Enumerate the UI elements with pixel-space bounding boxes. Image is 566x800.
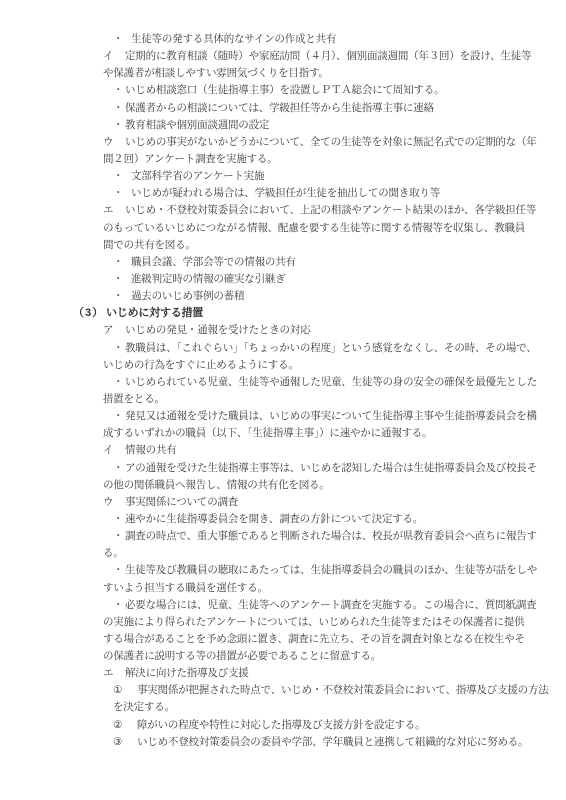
document-line: 成するいずれかの職員（以下、「生徒指導主事」）に速やかに通報する。 [0, 425, 566, 442]
line-text: いじめの行為をすぐに止めるようにする。 [103, 357, 299, 374]
item-label: ウ [103, 134, 125, 151]
line-text: いじめが疑われる場合は、学級担任が生徒を抽出しての聞き取り等 [131, 185, 440, 202]
document-line: ・職員会議、学部会等での情報の共有 [0, 254, 566, 271]
bullet-icon: ・ [113, 340, 125, 357]
document-line: ・必要な場合には、児童、生徒等へのアンケート調査を実施する。この場合に、質問紙調… [0, 597, 566, 614]
document-line: エいじめ・不登校対策委員会において、上記の相談やアンケート結果のほか、各学級担任… [0, 202, 566, 219]
document-line: ・いじめられている児童、生徒等や通報した児童、生徒等の身の安全の確保を最優先とし… [0, 374, 566, 391]
bullet-icon: ・ [113, 31, 131, 48]
item-label: ア [103, 322, 125, 339]
bullet-icon: ・ [113, 254, 131, 271]
line-text: 速やかに生徒指導委員会を開き、調査の方針について決定する。 [125, 511, 423, 528]
document-line: 間での共有を図る。 [0, 237, 566, 254]
bullet-icon: ・ [113, 562, 125, 579]
item-label: エ [103, 665, 125, 682]
line-text: 教職員は、「これぐらい」「ちょっかいの程度」という感覚をなくし、その時、その場で… [125, 340, 537, 357]
bullet-icon: ・ [113, 185, 131, 202]
document-line: ②障がいの程度や特性に対応した指導及び支援方針を設定する。 [0, 717, 566, 734]
bullet-icon: ・ [113, 100, 125, 117]
circled-number: ① [113, 682, 137, 699]
line-text: いじめ相談窓口（生徒指導主事）を設置しＰＴＡ総会にて周知する。 [125, 82, 444, 99]
document-line: ・生徒等及び教職員の聴取にあたっては、生徒指導委員会の職員のほか、生徒等が話をし… [0, 562, 566, 579]
document-line: ・いじめが疑われる場合は、学級担任が生徒を抽出しての聞き取り等 [0, 185, 566, 202]
line-text: の保護者に説明する等の措置が必要であることに留意する。 [103, 648, 381, 665]
document-line: ・進級判定時の情報の確実な引継ぎ [0, 271, 566, 288]
document-line: ・教職員は、「これぐらい」「ちょっかいの程度」という感覚をなくし、その時、その場… [0, 340, 566, 357]
document-line: イ情報の共有 [0, 442, 566, 459]
line-text: 解決に向けた指導及び支援 [125, 665, 249, 682]
bullet-icon: ・ [113, 408, 125, 425]
line-text: 教育相談や個別面談週間の設定 [125, 117, 269, 134]
document-line: ウ事実関係についての調査 [0, 494, 566, 511]
document-line: の実施により得られたアンケートについては、いじめられた生徒等またはその保護者に提… [0, 614, 566, 631]
bullet-icon: ・ [113, 271, 131, 288]
document-line: すいよう担当する職員を選任する。 [0, 580, 566, 597]
document-line: ・速やかに生徒指導委員会を開き、調査の方針について決定する。 [0, 511, 566, 528]
line-text: いじめに対する措置 [106, 305, 203, 322]
line-text: の実施により得られたアンケートについては、いじめられた生徒等またはその保護者に提… [103, 614, 524, 631]
document-line: る。 [0, 545, 566, 562]
document-line: の他の関係職員へ報告し、情報の共有化を図る。 [0, 477, 566, 494]
bullet-icon: ・ [113, 168, 131, 185]
document-line: ・教育相談や個別面談週間の設定 [0, 117, 566, 134]
line-text: 成するいずれかの職員（以下、「生徒指導主事」）に速やかに通報する。 [103, 425, 432, 442]
line-text: る。 [103, 545, 124, 562]
document-line: エ解決に向けた指導及び支援 [0, 665, 566, 682]
document-line: の保護者に説明する等の措置が必要であることに留意する。 [0, 648, 566, 665]
document-line: ・文部科学省のアンケート実施 [0, 168, 566, 185]
document-line: ・過去のいじめ事例の蓄積 [0, 288, 566, 305]
line-text: を決定する。 [113, 699, 175, 716]
line-text: 発見又は通報を受けた職員は、いじめの事実について生徒指導主事や生徒指導委員会を構 [125, 408, 537, 425]
bullet-icon: ・ [113, 117, 125, 134]
document-line: ・いじめ相談窓口（生徒指導主事）を設置しＰＴＡ総会にて周知する。 [0, 82, 566, 99]
line-text: や保護者が相談しやすい雰囲気づくりを目指す。 [103, 65, 329, 82]
line-text: すいよう担当する職員を選任する。 [103, 580, 268, 597]
document-line: ウいじめの事実がないかどうかについて、全ての生徒等を対象に無記名式での定期的な（… [0, 134, 566, 151]
bullet-icon: ・ [113, 597, 125, 614]
line-text: 障がいの程度や特性に対応した指導及び支援方針を設定する。 [137, 717, 425, 734]
document-line: ・発見又は通報を受けた職員は、いじめの事実について生徒指導主事や生徒指導委員会を… [0, 408, 566, 425]
item-label: イ [103, 442, 125, 459]
section-number: （3） [73, 305, 106, 322]
circled-number: ② [113, 717, 137, 734]
line-text: 事実関係についての調査 [125, 494, 238, 511]
line-text: 保護者からの相談については、学級担任等から生徒指導主事に連絡 [125, 100, 434, 117]
document-line: ③いじめ不登校対策委員会の委員や学部、学年職員と連携して組織的な対応に努める。 [0, 734, 566, 751]
section-heading: （3）いじめに対する措置 [0, 305, 566, 322]
line-text: アの通報を受けた生徒指導主事等は、いじめを認知した場合は生徒指導委員会及び校長そ [125, 460, 537, 477]
item-label: エ [103, 202, 125, 219]
bullet-icon: ・ [113, 511, 125, 528]
line-text: の他の関係職員へ報告し、情報の共有化を図る。 [103, 477, 330, 494]
document-body: ・生徒等の発する具体的なサインの作成と共有イ定期的に教育相談（随時）や家庭訪問（… [0, 31, 566, 751]
document-line: や保護者が相談しやすい雰囲気づくりを目指す。 [0, 65, 566, 82]
document-line: ①事実関係が把握された時点で、いじめ・不登校対策委員会において、指導及び支援の方… [0, 682, 566, 699]
bullet-icon: ・ [113, 528, 125, 545]
line-text: 過去のいじめ事例の蓄積 [131, 288, 244, 305]
line-text: 職員会議、学部会等での情報の共有 [131, 254, 296, 271]
line-text: 生徒等の発する具体的なサインの作成と共有 [131, 31, 336, 48]
line-text: 情報の共有 [125, 442, 177, 459]
item-label: イ [103, 48, 125, 65]
line-text: いじめの発見・通報を受けたときの対応 [125, 322, 310, 339]
line-text: 生徒等及び教職員の聴取にあたっては、生徒指導委員会の職員のほか、生徒等が話をしや [125, 562, 537, 579]
line-text: 必要な場合には、児童、生徒等へのアンケート調査を実施する。この場合に、質問紙調査 [125, 597, 536, 614]
document-line: ・アの通報を受けた生徒指導主事等は、いじめを認知した場合は生徒指導委員会及び校長… [0, 460, 566, 477]
document-line: を決定する。 [0, 699, 566, 716]
line-text: いじめ・不登校対策委員会において、上記の相談やアンケート結果のほか、各学級担任等 [125, 202, 536, 219]
document-line: いじめの行為をすぐに止めるようにする。 [0, 357, 566, 374]
bullet-icon: ・ [113, 374, 125, 391]
bullet-icon: ・ [113, 82, 125, 99]
document-line: イ定期的に教育相談（随時）や家庭訪問（４月）、個別面談週間（年３回）を設け、生徒… [0, 48, 566, 65]
line-text: する場合があることを予め念頭に置き、調査に先立ち、その旨を調査対象となる在校生や… [103, 631, 525, 648]
document-line: のもっているいじめにつながる情報、配慮を要する生徒等に関する情報等を収集し、教職… [0, 220, 566, 237]
line-text: いじめられている児童、生徒等や通報した児童、生徒等の身の安全の確保を最優先とした [125, 374, 537, 391]
line-text: 調査の時点で、重大事態であると判断された場合は、校長が県教育委員会へ直ちに報告す [125, 528, 537, 545]
line-text: 定期的に教育相談（随時）や家庭訪問（４月）、個別面談週間（年３回）を設け、生徒等 [125, 48, 531, 65]
item-label: ウ [103, 494, 125, 511]
line-text: 文部科学省のアンケート実施 [131, 168, 264, 185]
line-text: 進級判定時の情報の確実な引継ぎ [131, 271, 286, 288]
circled-number: ③ [113, 734, 137, 751]
line-text: 間での共有を図る。 [103, 237, 196, 254]
line-text: いじめの事実がないかどうかについて、全ての生徒等を対象に無記名式での定期的な（年 [125, 134, 537, 151]
line-text: 事実関係が把握された時点で、いじめ・不登校対策委員会において、指導及び支援の方法 [137, 682, 549, 699]
document-line: する場合があることを予め念頭に置き、調査に先立ち、その旨を調査対象となる在校生や… [0, 631, 566, 648]
line-text: のもっているいじめにつながる情報、配慮を要する生徒等に関する情報等を収集し、教職… [103, 220, 525, 237]
document-line: 間２回）アンケート調査を実施する。 [0, 151, 566, 168]
bullet-icon: ・ [113, 460, 125, 477]
line-text: いじめ不登校対策委員会の委員や学部、学年職員と連携して組織的な対応に努める。 [137, 734, 528, 751]
document-line: ・調査の時点で、重大事態であると判断された場合は、校長が県教育委員会へ直ちに報告… [0, 528, 566, 545]
document-line: ・保護者からの相談については、学級担任等から生徒指導主事に連絡 [0, 100, 566, 117]
document-line: 措置をとる。 [0, 391, 566, 408]
document-page: ・生徒等の発する具体的なサインの作成と共有イ定期的に教育相談（随時）や家庭訪問（… [0, 0, 566, 800]
line-text: 措置をとる。 [103, 391, 165, 408]
document-line: ・生徒等の発する具体的なサインの作成と共有 [0, 31, 566, 48]
line-text: 間２回）アンケート調査を実施する。 [103, 151, 277, 168]
bullet-icon: ・ [113, 288, 131, 305]
document-line: アいじめの発見・通報を受けたときの対応 [0, 322, 566, 339]
